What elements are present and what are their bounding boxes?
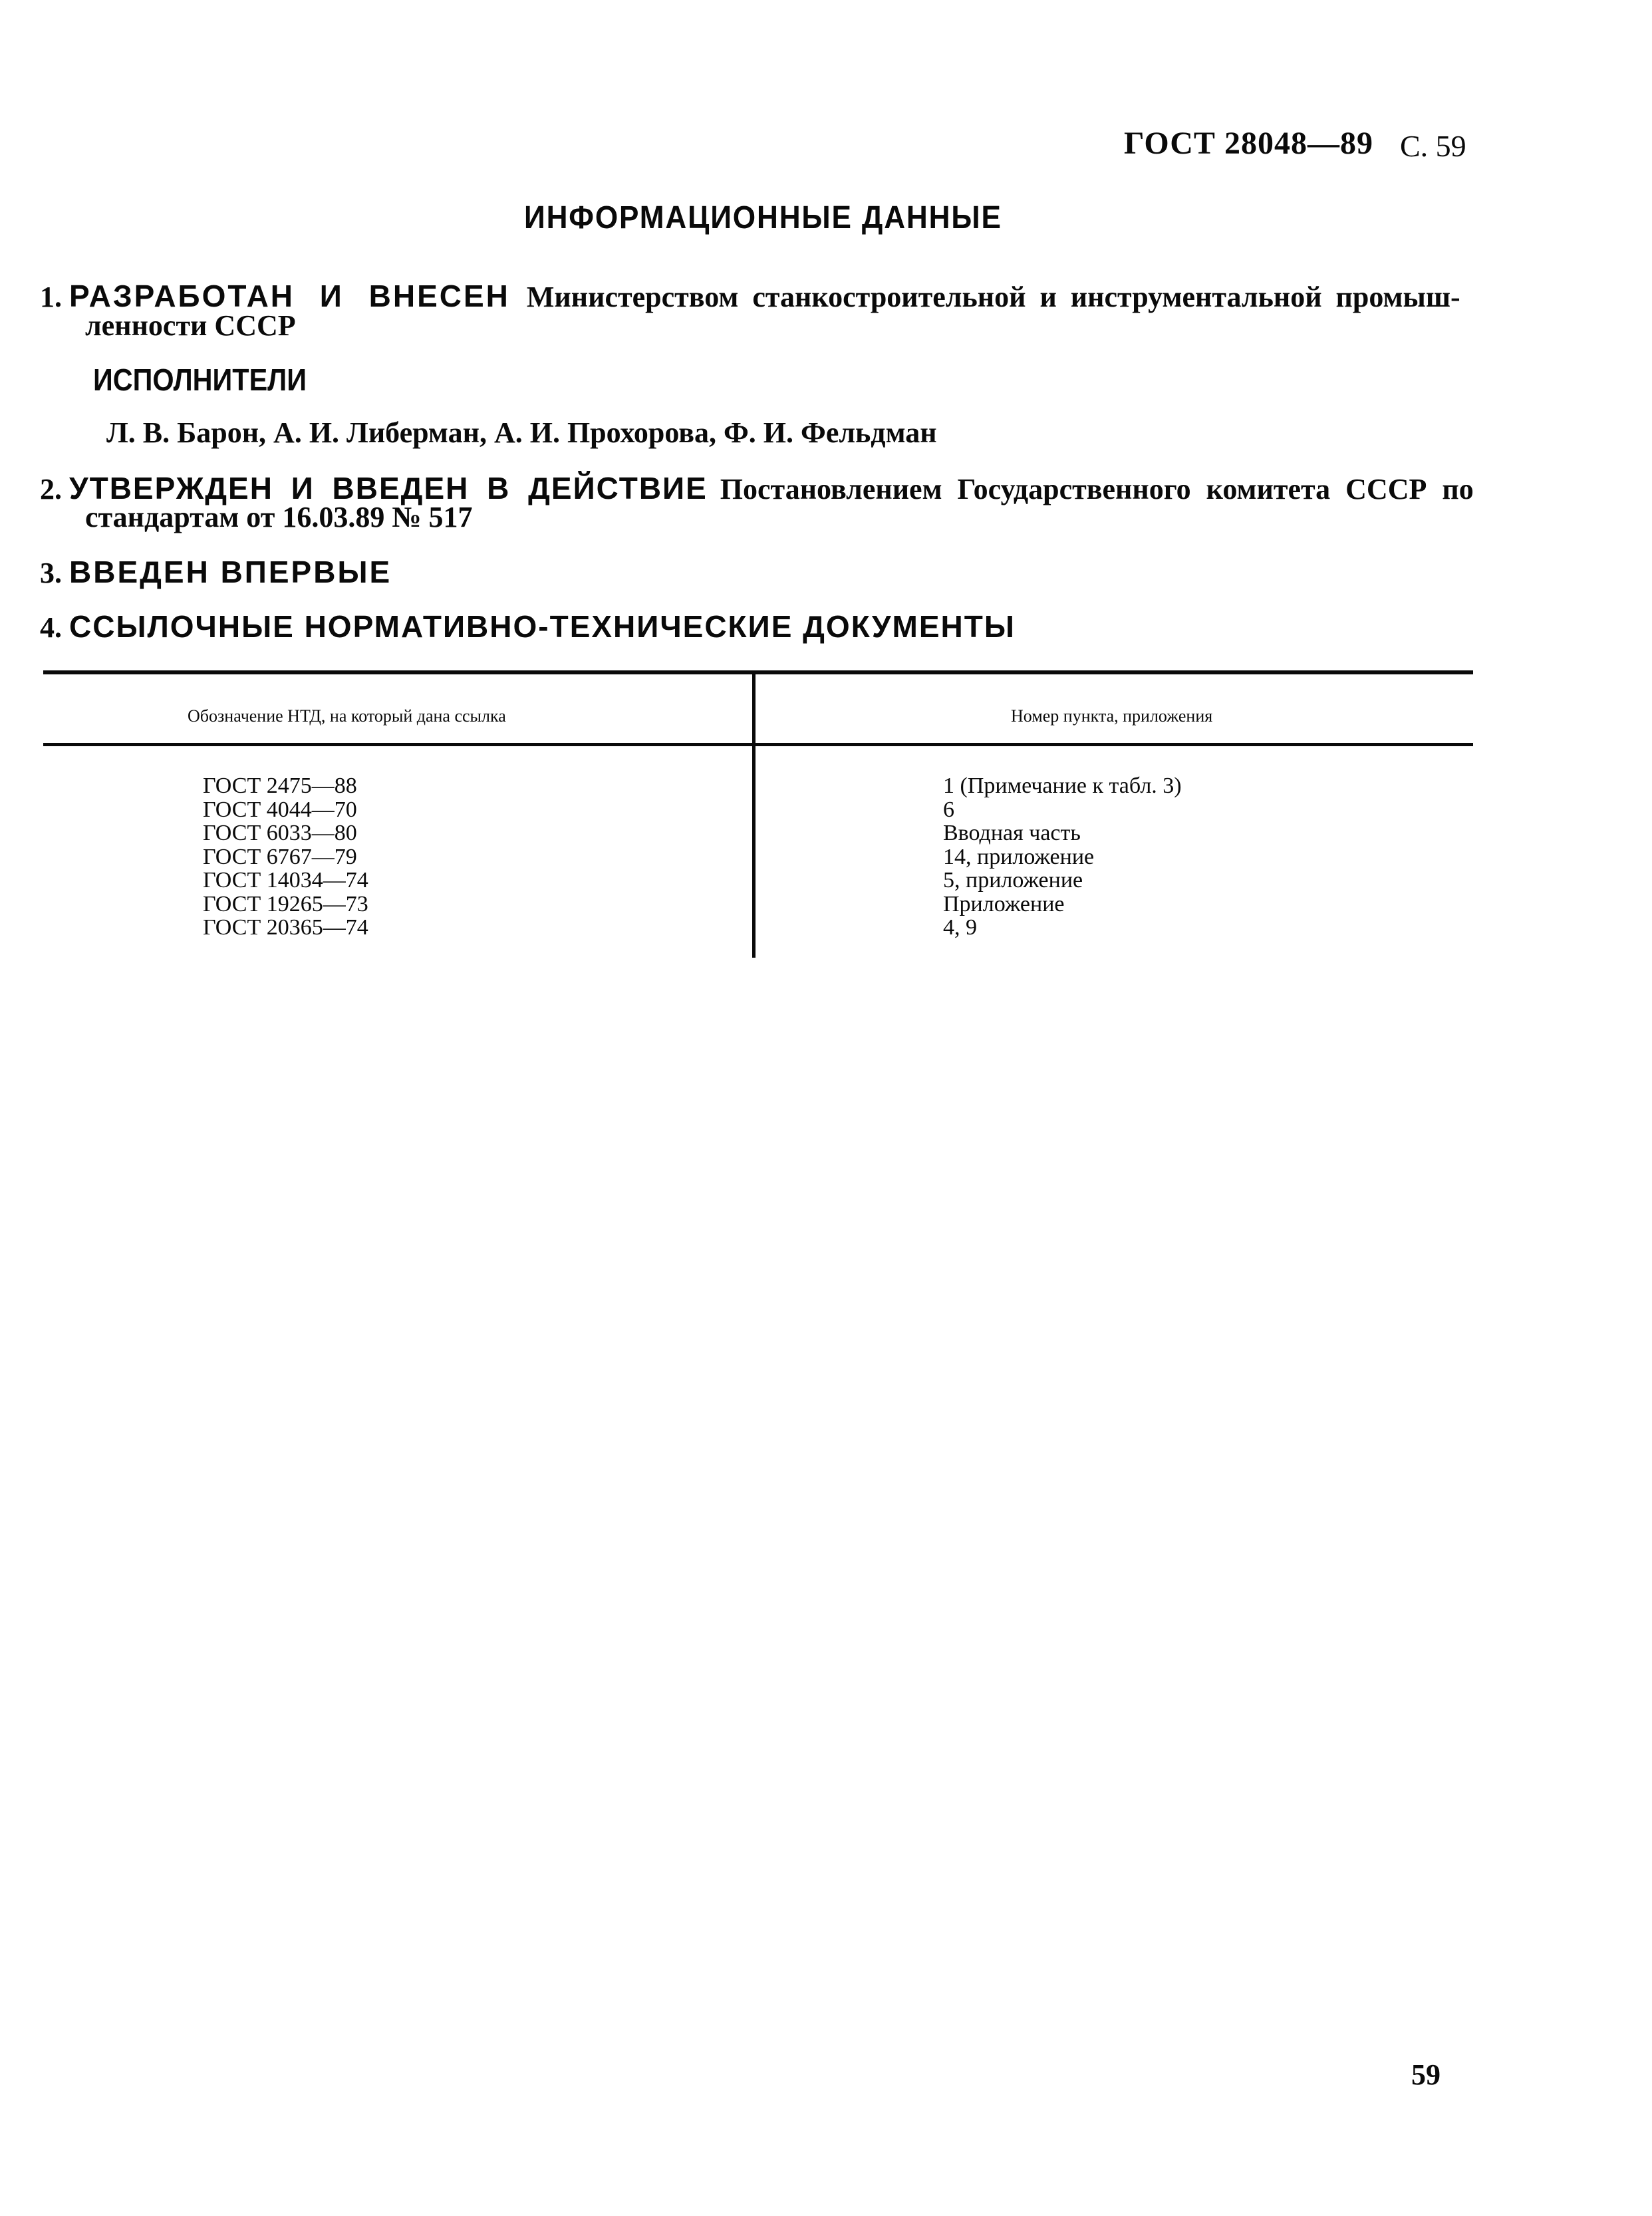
column-header-document: Обозначение НТД, на который дана ссылка bbox=[188, 706, 506, 726]
section-caption: ВВЕДЕН ВПЕРВЫЕ bbox=[69, 555, 392, 589]
table-cell-document: ГОСТ 20365—74 bbox=[203, 916, 368, 940]
page-title: ИНФОРМАЦИОННЫЕ ДАННЫЕ bbox=[524, 200, 1002, 236]
section-2-continuation: стандартам от 16.03.89 № 517 bbox=[85, 500, 473, 534]
column-documents: ГОСТ 2475—88 ГОСТ 4044—70 ГОСТ 6033—80 Г… bbox=[203, 774, 368, 940]
column-clauses: 1 (Примечание к табл. 3) 6 Вводная часть… bbox=[943, 774, 1182, 940]
table-cell-clause: 4, 9 bbox=[943, 916, 1182, 940]
table-cell-clause: Вводная часть bbox=[943, 821, 1182, 845]
table-cell-document: ГОСТ 14034—74 bbox=[203, 869, 368, 893]
table-cell-clause: Приложение bbox=[943, 893, 1182, 916]
table-cell-document: ГОСТ 6767—79 bbox=[203, 845, 368, 869]
standard-code: ГОСТ 28048—89 bbox=[1124, 125, 1373, 162]
table-column-divider bbox=[752, 673, 756, 958]
table-cell-clause: 5, приложение bbox=[943, 869, 1182, 893]
table-top-rule bbox=[43, 670, 1473, 674]
section-number: 1. bbox=[40, 281, 62, 313]
performers-heading: ИСПОЛНИТЕЛИ bbox=[93, 362, 307, 398]
section-3: 3. ВВЕДЕН ВПЕРВЫЕ bbox=[40, 554, 392, 590]
column-header-clause: Номер пункта, приложения bbox=[1011, 706, 1212, 726]
table-cell-document: ГОСТ 19265—73 bbox=[203, 893, 368, 916]
table-cell-document: ГОСТ 4044—70 bbox=[203, 798, 368, 822]
table-cell-clause: 1 (Примечание к табл. 3) bbox=[943, 774, 1182, 798]
table-cell-document: ГОСТ 2475—88 bbox=[203, 774, 368, 798]
section-caption: ССЫЛОЧНЫЕ НОРМАТИВНО-ТЕХНИЧЕСКИЕ ДОКУМЕН… bbox=[69, 609, 1016, 644]
section-number: 3. bbox=[40, 557, 62, 589]
performers-names: Л. В. Барон, А. И. Либерман, А. И. Прохо… bbox=[106, 416, 937, 450]
section-number: 4. bbox=[40, 611, 62, 644]
section-1-continuation: ленности СССР bbox=[85, 309, 296, 343]
table-cell-document: ГОСТ 6033—80 bbox=[203, 821, 368, 845]
section-4: 4. ССЫЛОЧНЫЕ НОРМАТИВНО-ТЕХНИЧЕСКИЕ ДОКУ… bbox=[40, 609, 1016, 644]
footer-page-number: 59 bbox=[1411, 2058, 1441, 2092]
section-text: Постановлением Государственного комитета… bbox=[720, 473, 1474, 505]
table-cell-clause: 6 bbox=[943, 798, 1182, 822]
table-header-rule bbox=[43, 743, 1473, 746]
page-label: С. 59 bbox=[1400, 128, 1466, 164]
table-cell-clause: 14, приложение bbox=[943, 845, 1182, 869]
section-text: Министерством станкостроительной и инстр… bbox=[527, 281, 1460, 313]
section-number: 2. bbox=[40, 473, 62, 505]
